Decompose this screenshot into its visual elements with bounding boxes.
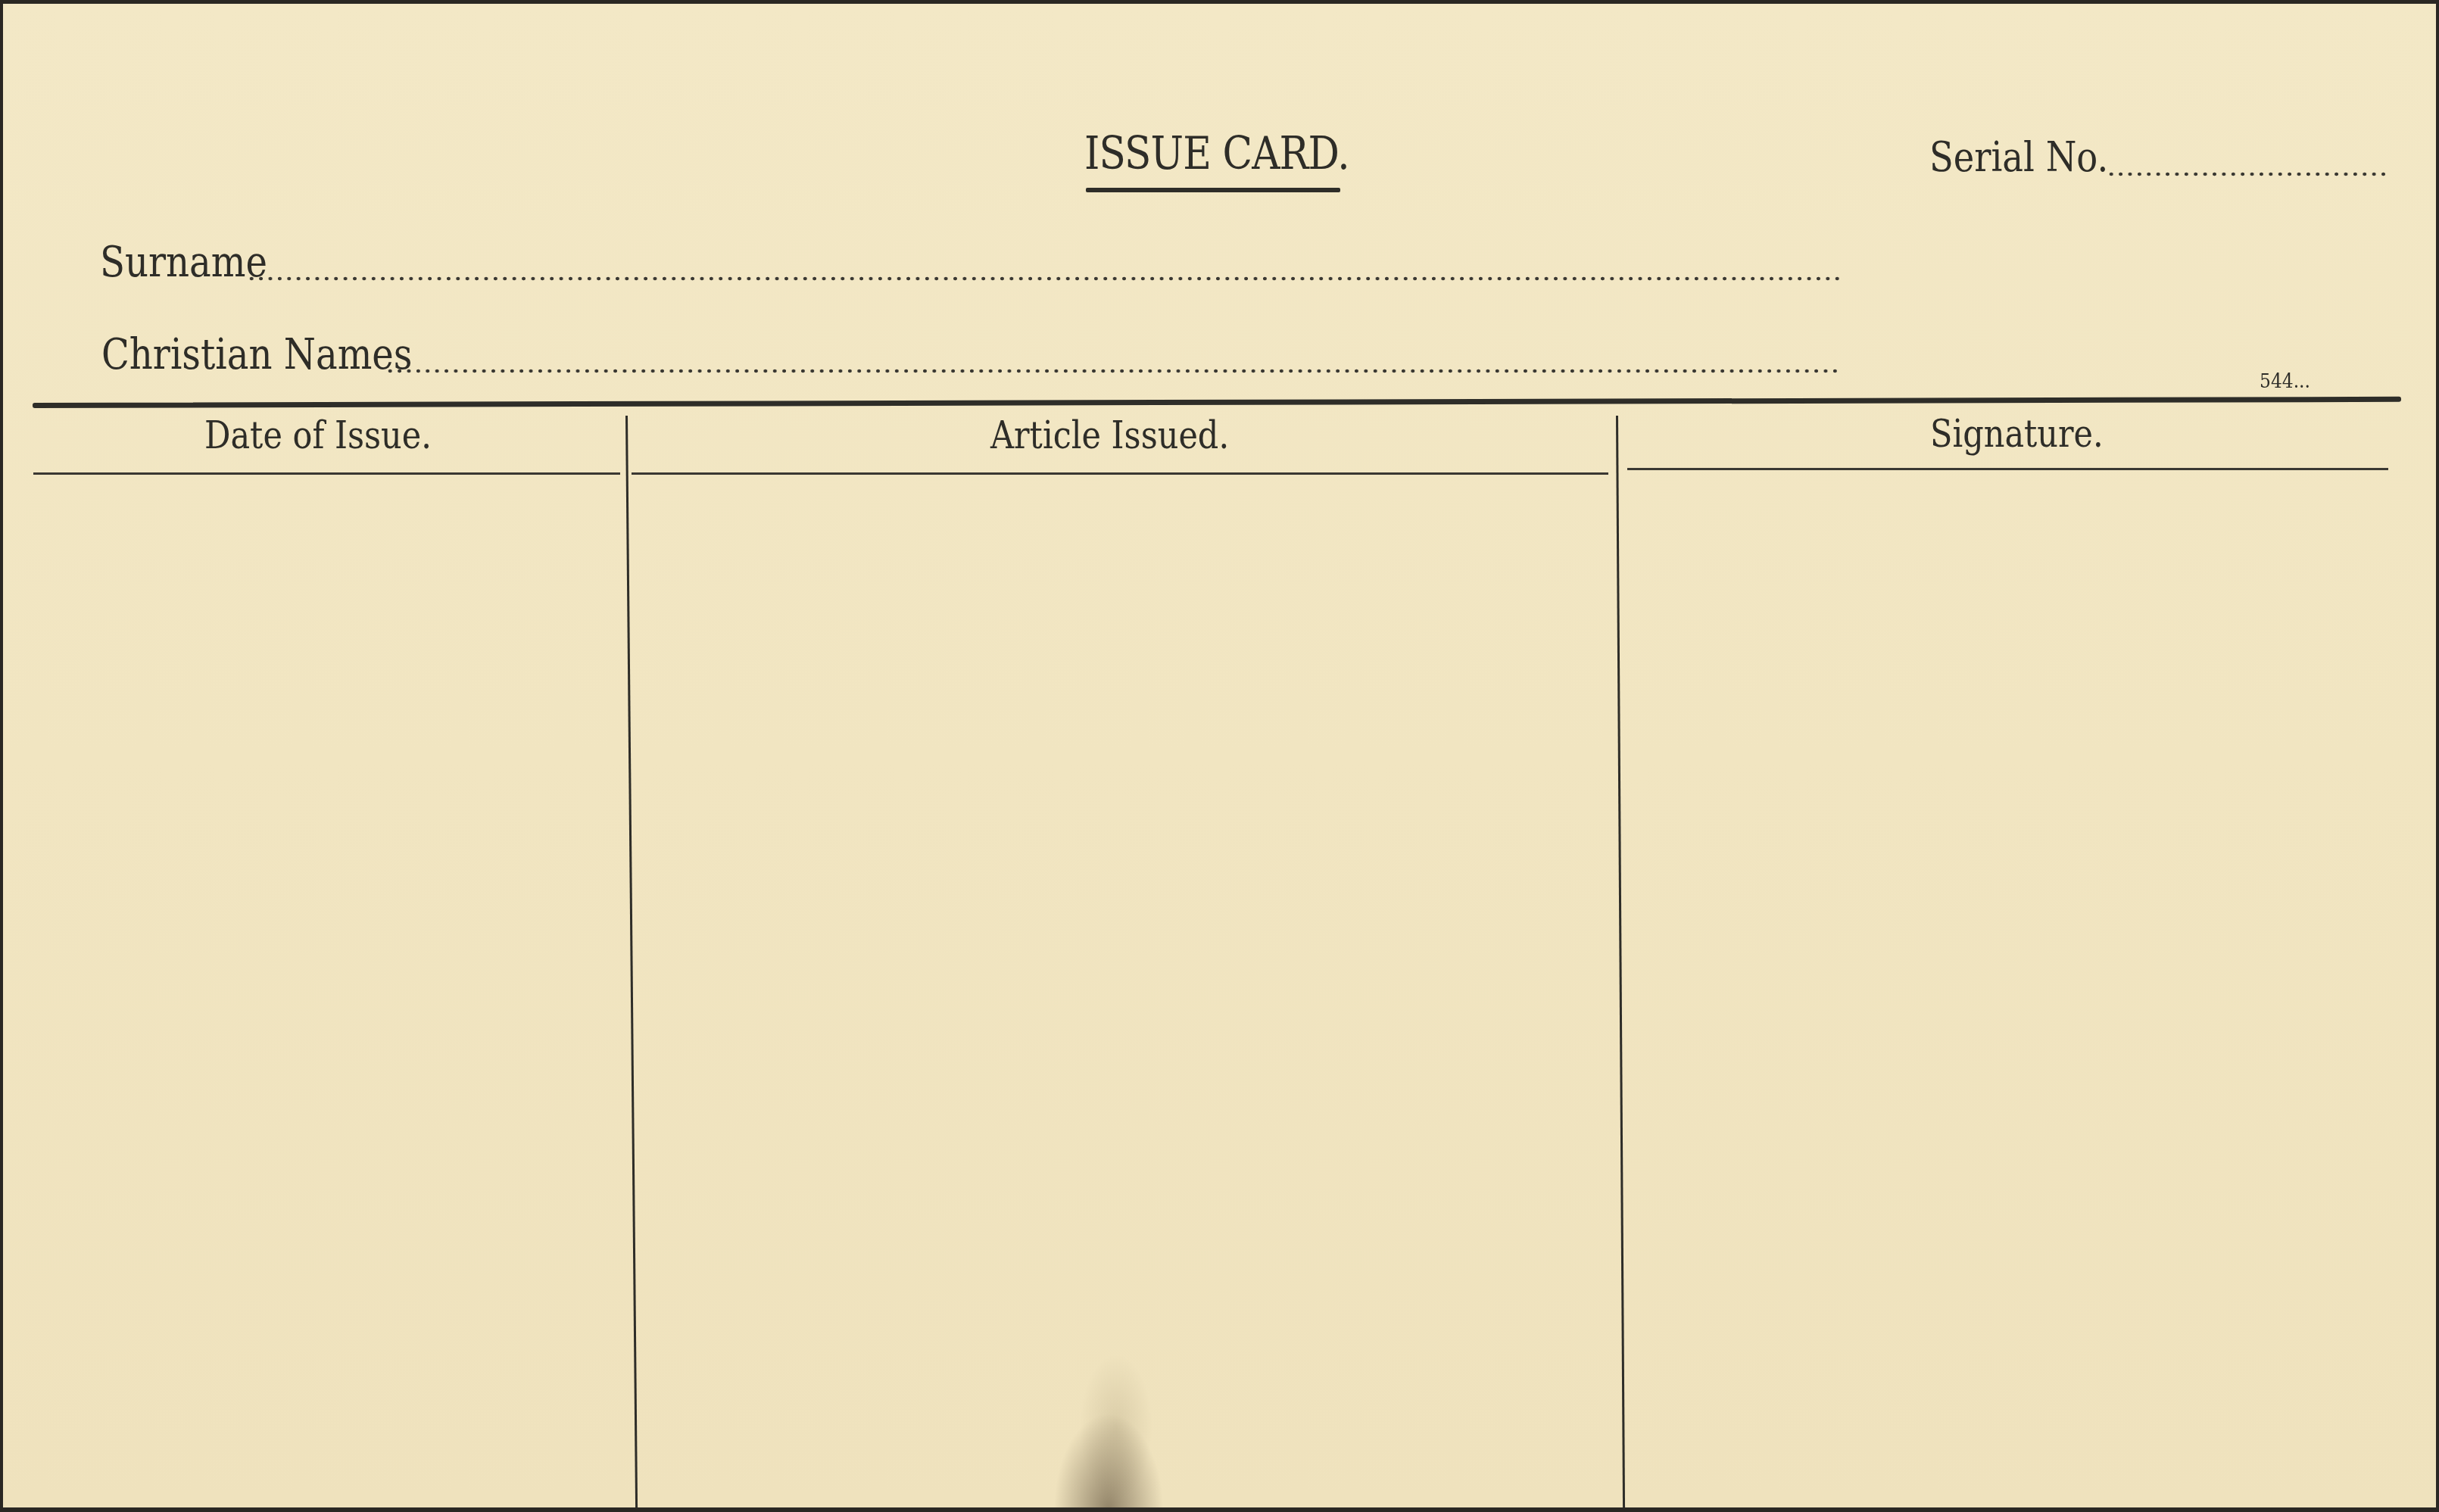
header-separator-rule [33,397,2401,408]
serial-no-field[interactable] [2107,172,2388,176]
christian-names-field[interactable] [385,369,1840,373]
serial-no-label: Serial No. [1929,137,2108,178]
title-underline [1086,188,1340,192]
column-header-date-of-issue: Date of Issue. [204,416,432,454]
surname-label: Surname [100,242,267,284]
column-header-signature: Signature. [1930,415,2104,453]
date-header-underline [33,472,620,475]
article-issued-column[interactable] [632,477,1614,1507]
date-of-issue-column[interactable] [33,477,624,1507]
card-title: ISSUE CARD. [1084,131,1349,176]
surname-field[interactable] [247,276,1840,281]
christian-names-label: Christian Names [101,334,413,376]
column-header-article-issued: Article Issued. [990,416,1229,454]
form-number: 544... [2260,372,2310,391]
signature-column[interactable] [1623,477,2396,1507]
signature-header-underline [1627,468,2388,470]
article-header-underline [632,472,1608,475]
issue-card: ISSUE CARD. Serial No. Surname Christian… [0,0,2439,1512]
